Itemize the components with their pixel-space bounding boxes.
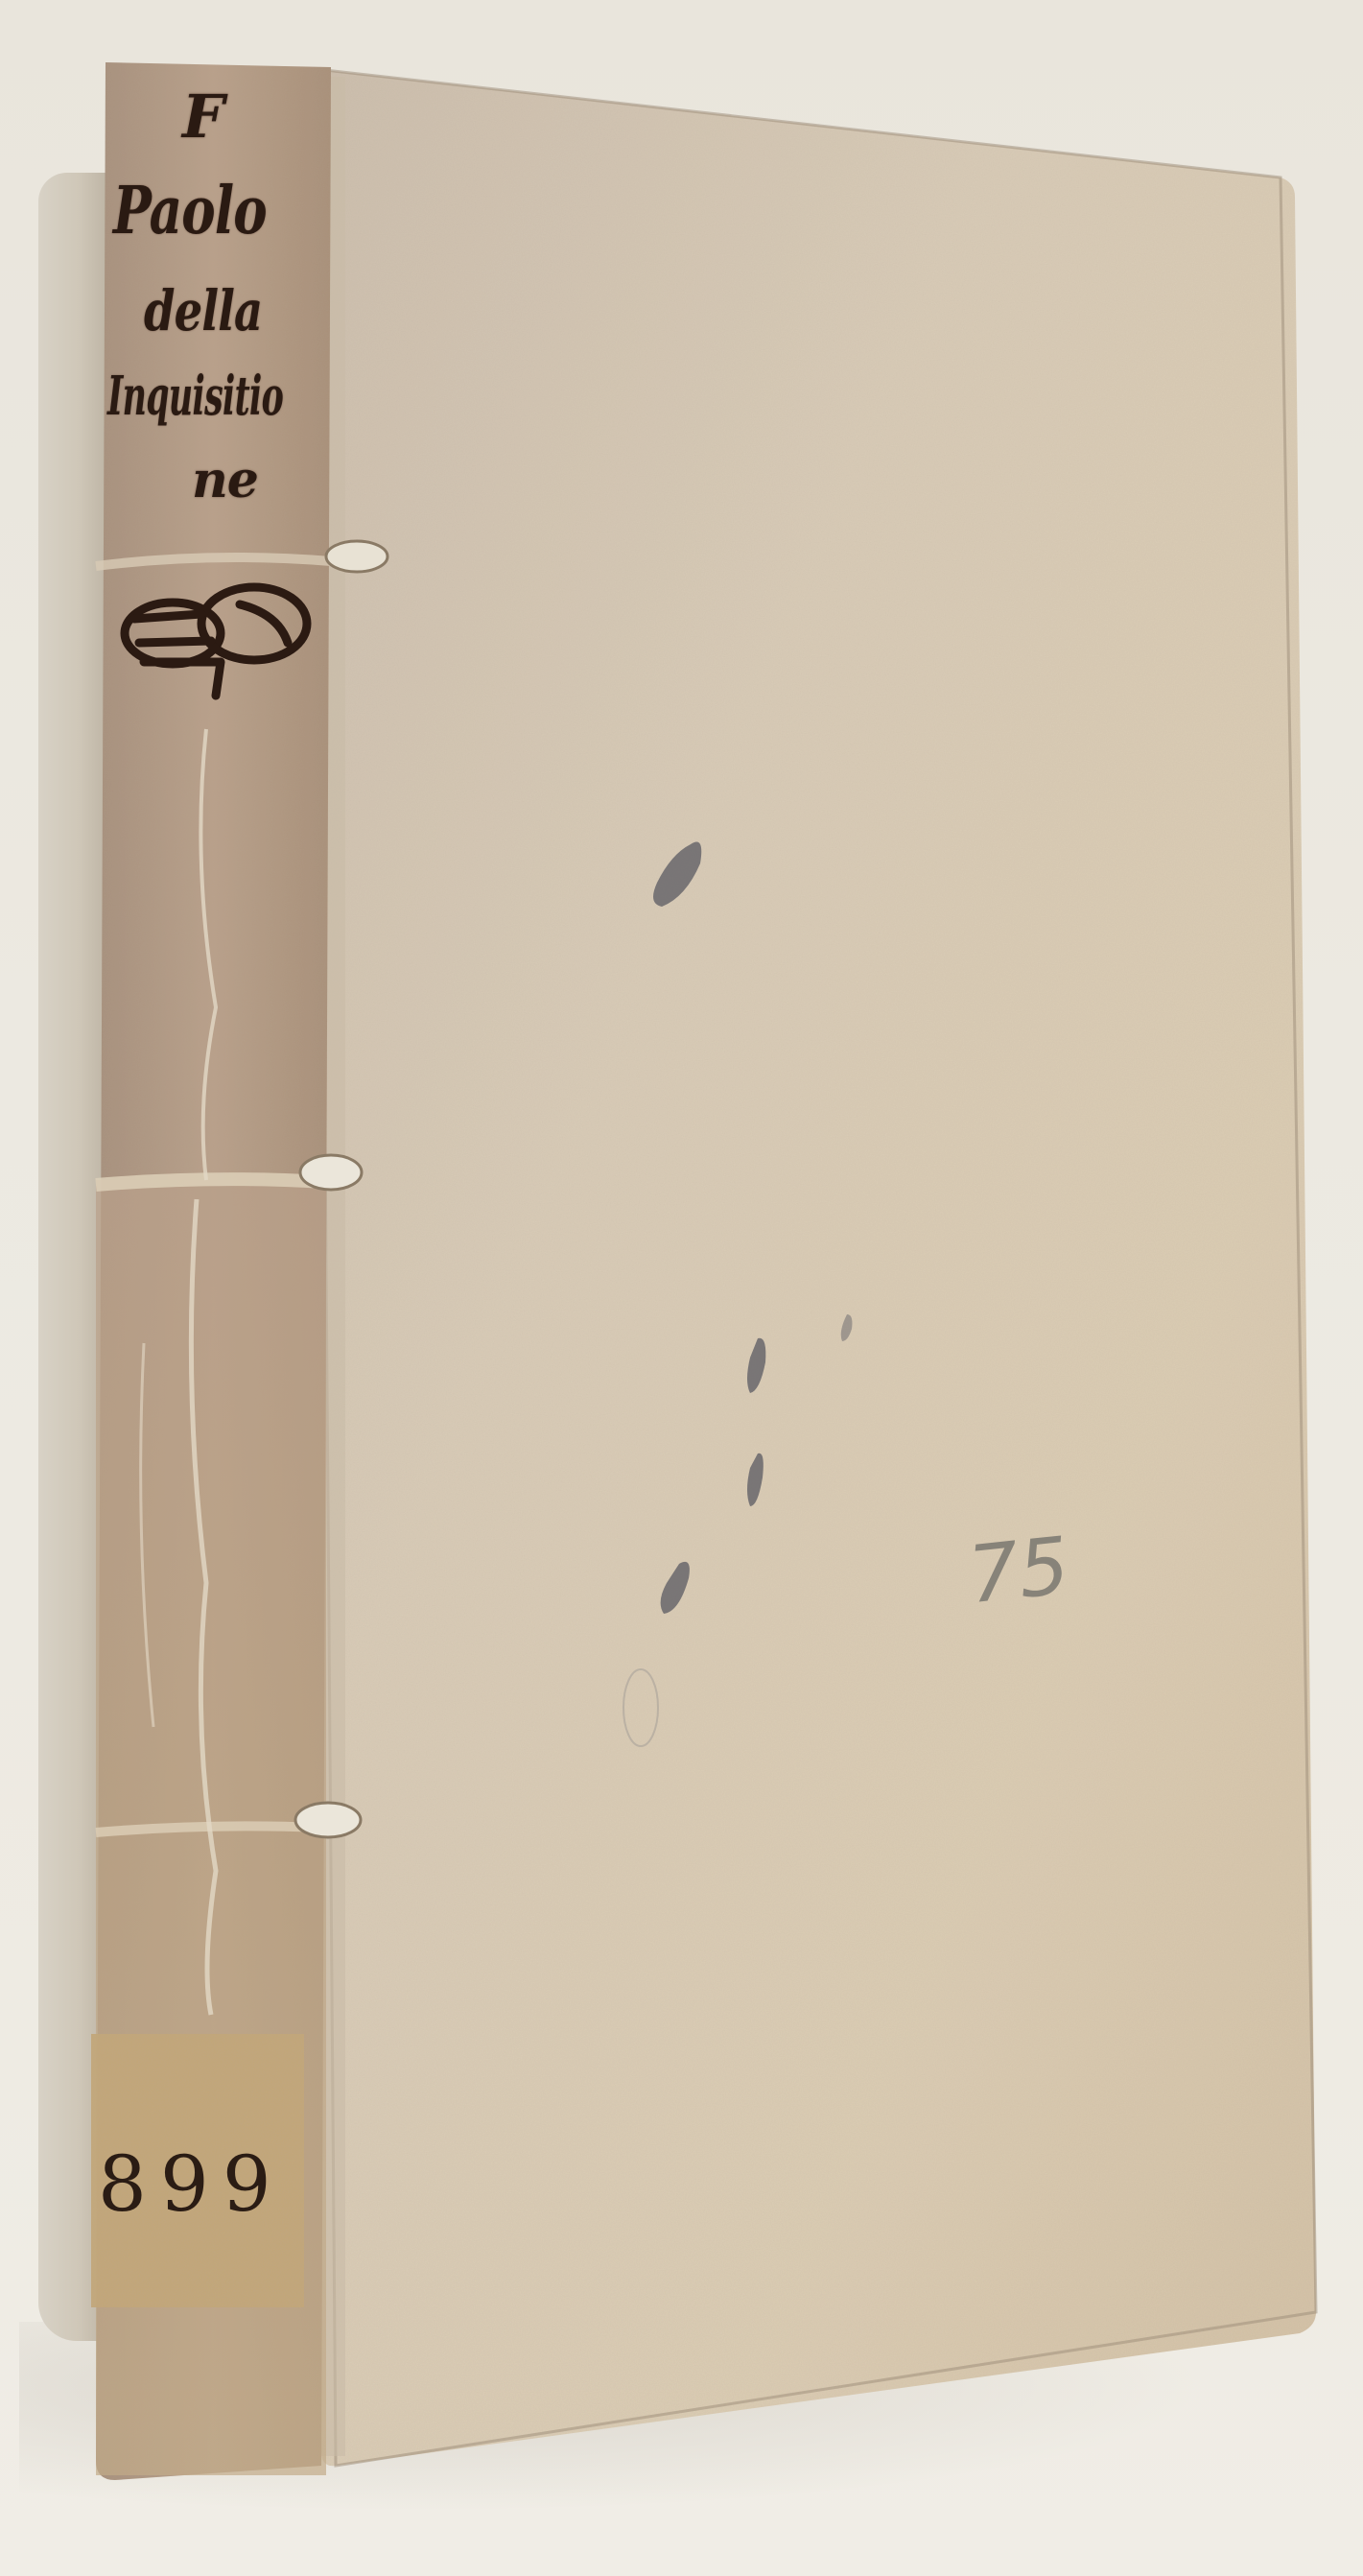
spine-title-line-3: della: [144, 278, 262, 343]
front-cover: [317, 69, 1316, 2466]
shelf-label-number: 899: [98, 2139, 285, 2229]
spine-title-line-1: F: [182, 82, 223, 152]
pencil-mark: 75: [964, 1521, 1073, 1621]
spine-title-line-2: Paolo: [113, 173, 267, 249]
spine-title-line-4: Inquisitio: [107, 365, 283, 428]
photo-scene: F Paolo della Inquisitio ne 899 75: [0, 0, 1363, 2576]
spine-title-line-5: ne: [192, 451, 258, 509]
